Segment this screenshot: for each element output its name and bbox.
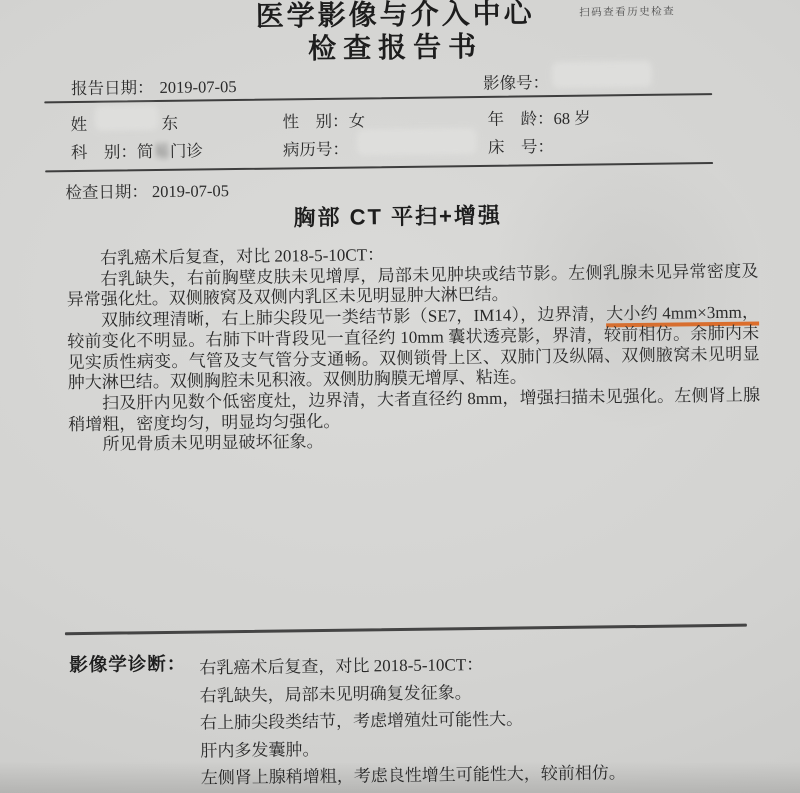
diagnosis-section: 右乳癌术后复查，对比 2018-5-10CT： 右乳缺失，局部未见明确复发征象。… — [199, 649, 626, 792]
record-no-label: 病历号： — [283, 140, 349, 160]
divider-bottom — [65, 624, 747, 635]
image-no-redaction — [552, 61, 652, 88]
gender-field: 性 别：女 — [282, 107, 365, 132]
exam-date-value: 2019-07-05 — [152, 181, 229, 201]
department-value-smudged: 易 — [153, 142, 170, 161]
name-redaction — [94, 105, 158, 131]
exam-date-field: 检查日期：2019-07-05 — [65, 177, 229, 203]
report-date-value: 2019-07-05 — [159, 77, 236, 97]
image-no-label: 影像号： — [483, 73, 549, 93]
department-value-suffix: 门诊 — [170, 141, 203, 160]
report-paper: 扫码查看历史检查 医学影像与介入中心 检查报告书 报告日期：2019-07-05… — [0, 0, 800, 793]
name-label: 姓 — [70, 115, 87, 134]
name-field: 姓 — [70, 111, 87, 135]
report-date-label: 报告日期： — [71, 78, 154, 98]
gender-label: 性 别： — [282, 112, 348, 132]
name-visible-char: 东 — [161, 110, 178, 134]
age-field: 年 龄：68 岁 — [487, 105, 590, 130]
bed-no-field: 床 号： — [488, 133, 554, 158]
age-label: 年 龄： — [487, 109, 553, 129]
record-no-redaction — [357, 128, 477, 156]
bed-no-label: 床 号： — [488, 137, 554, 157]
gender-value: 女 — [348, 111, 365, 130]
exam-date-label: 检查日期： — [65, 182, 148, 202]
report-photo: 扫码查看历史检查 医学影像与介入中心 检查报告书 报告日期：2019-07-05… — [0, 0, 800, 793]
findings-paragraph: 双肺纹理清晰，右上肺尖段见一类结节影（SE7，IM14），边界清，大小约 4mm… — [67, 303, 760, 395]
diagnosis-label: 影像学诊断： — [69, 650, 186, 677]
divider-middle — [45, 162, 713, 173]
department-value-prefix: 简 — [137, 142, 154, 161]
findings-section: 右乳癌术后复查，对比 2018-5-10CT： 右乳缺失，右前胸壁皮肤未见增厚，… — [66, 240, 761, 456]
record-no-field: 病历号： — [283, 136, 349, 161]
report-date-field: 报告日期：2019-07-05 — [71, 73, 237, 99]
image-no-field: 影像号： — [483, 69, 549, 94]
age-value: 68 岁 — [553, 109, 590, 128]
department-label: 科 别： — [71, 142, 137, 162]
department-field: 科 别：简易门诊 — [71, 137, 203, 163]
page-title: 检查报告书 — [0, 21, 796, 71]
findings-text-after-highlight: 较前变化不明显。右肺下叶背段见一直径约 10mm 囊状透亮影，界清，较前相仿。余… — [67, 323, 759, 392]
diagnosis-line: 左侧肾上腺稍增粗，考虑良性增生可能性大，较前相仿。 — [201, 759, 626, 792]
